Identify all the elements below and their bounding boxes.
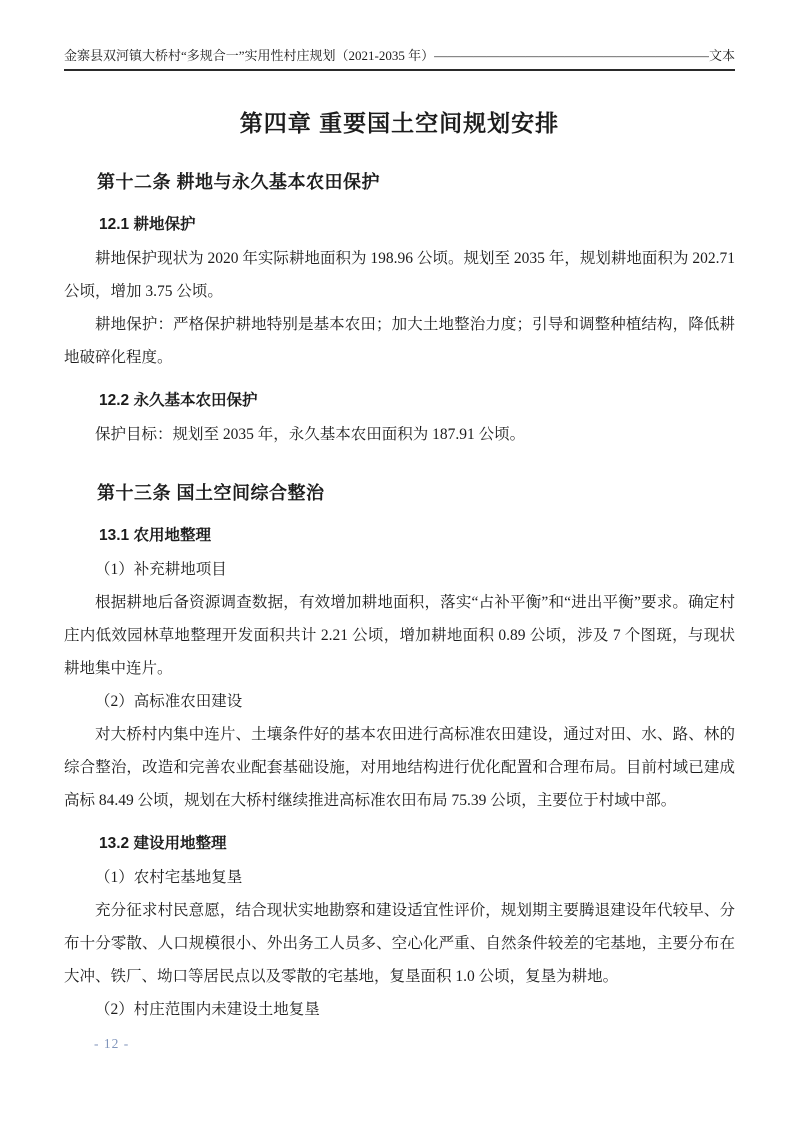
- paragraph-12-1-a: 耕地保护现状为 2020 年实际耕地面积为 198.96 公顷。规划至 2035…: [64, 242, 735, 308]
- section-12-heading: 第十二条 耕地与永久基本农田保护: [64, 168, 735, 194]
- subsection-12-2-heading: 12.2 永久基本农田保护: [64, 388, 735, 410]
- item-13-2-2-title: （2）村庄范围内未建设土地复垦: [64, 993, 735, 1026]
- section-13-heading: 第十三条 国土空间综合整治: [64, 479, 735, 505]
- paragraph-13-2-1: 充分征求村民意愿，结合现状实地勘察和建设适宜性评价，规划期主要腾退建设年代较早、…: [64, 894, 735, 993]
- header-dash-filler: ———————————————————————: [434, 48, 709, 64]
- subsection-13-1-heading: 13.1 农用地整理: [64, 523, 735, 545]
- header-doc-type-label: 文本: [709, 48, 735, 64]
- page-number: - 12 -: [94, 1036, 129, 1052]
- chapter-title: 第四章 重要国土空间规划安排: [64, 105, 735, 138]
- paragraph-12-2-a: 保护目标：规划至 2035 年，永久基本农田面积为 187.91 公顷。: [64, 418, 735, 451]
- paragraph-13-1-1: 根据耕地后备资源调查数据，有效增加耕地面积，落实“占补平衡”和“进出平衡”要求。…: [64, 586, 735, 685]
- paragraph-13-1-2: 对大桥村内集中连片、土壤条件好的基本农田进行高标准农田建设，通过对田、水、路、林…: [64, 718, 735, 817]
- running-header: 金寨县双河镇大桥村“多规合一”实用性村庄规划（2021-2035 年） ————…: [64, 48, 735, 71]
- item-13-2-1-title: （1）农村宅基地复垦: [64, 861, 735, 894]
- header-document-title: 金寨县双河镇大桥村“多规合一”实用性村庄规划（2021-2035 年）: [64, 48, 434, 64]
- item-13-1-1-title: （1）补充耕地项目: [64, 553, 735, 586]
- document-page: 金寨县双河镇大桥村“多规合一”实用性村庄规划（2021-2035 年） ————…: [0, 0, 793, 1122]
- item-13-1-2-title: （2）高标准农田建设: [64, 685, 735, 718]
- paragraph-12-1-b: 耕地保护：严格保护耕地特别是基本农田；加大土地整治力度；引导和调整种植结构，降低…: [64, 308, 735, 374]
- subsection-12-1-heading: 12.1 耕地保护: [64, 212, 735, 234]
- subsection-13-2-heading: 13.2 建设用地整理: [64, 831, 735, 853]
